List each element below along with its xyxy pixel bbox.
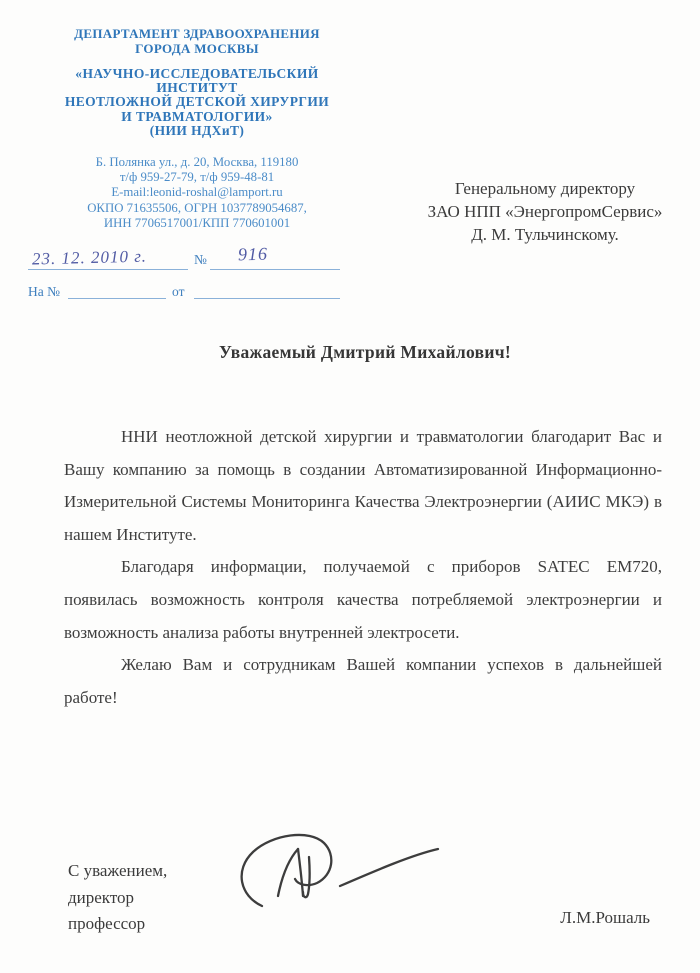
phone-line: т/ф 959-27-79, т/ф 959-48-81 — [28, 170, 366, 185]
handwritten-signature — [232, 828, 462, 918]
institute-line: И ТРАВМАТОЛОГИИ» — [28, 110, 366, 124]
department-line: ГОРОДА МОСКВЫ — [28, 42, 366, 57]
signature-letter-stroke — [278, 849, 298, 896]
letter-body: ННИ неотложной детской хирургии и травма… — [64, 421, 662, 714]
body-paragraph: Благодаря информации, получаемой с прибо… — [64, 551, 662, 649]
reply-to-label: На № — [28, 284, 60, 300]
body-paragraph: ННИ неотложной детской хирургии и травма… — [64, 421, 662, 551]
date-underline — [28, 269, 188, 270]
body-paragraph: Желаю Вам и сотрудникам Вашей компании у… — [64, 649, 662, 714]
address-line: Б. Полянка ул., д. 20, Москва, 119180 — [28, 155, 366, 170]
department-line: ДЕПАРТАМЕНТ ЗДРАВООХРАНЕНИЯ — [28, 27, 366, 42]
institute-line: (НИИ НДХиТ) — [28, 124, 366, 138]
reply-number-underline — [68, 298, 166, 299]
closing-regards: С уважением, — [68, 858, 167, 885]
recipient-person: Д. М. Тульчинскому. — [398, 223, 692, 246]
email-line: E-mail:leonid-roshal@lamport.ru — [28, 185, 366, 200]
closing-title-professor: профессор — [68, 911, 167, 938]
letterhead-institute-name: «НАУЧНО-ИССЛЕДОВАТЕЛЬСКИЙ ИНСТИТУТ НЕОТЛ… — [28, 67, 366, 138]
from-date-underline — [194, 298, 340, 299]
letterhead-department: ДЕПАРТАМЕНТ ЗДРАВООХРАНЕНИЯ ГОРОДА МОСКВ… — [28, 27, 366, 56]
recipient-company: ЗАО НПП «ЭнергопромСервис» — [398, 200, 692, 223]
scanned-letter-page: ДЕПАРТАМЕНТ ЗДРАВООХРАНЕНИЯ ГОРОДА МОСКВ… — [0, 0, 700, 973]
salutation: Уважаемый Дмитрий Михайлович! — [35, 342, 695, 363]
institute-line: «НАУЧНО-ИССЛЕДОВАТЕЛЬСКИЙ — [28, 67, 366, 81]
closing-title-director: директор — [68, 885, 167, 912]
reference-block: 23. 12. 2010 г. № 916 На № от — [28, 246, 358, 306]
from-label: от — [172, 284, 184, 300]
recipient-block: Генеральному директору ЗАО НПП «Энергопр… — [398, 177, 692, 246]
institute-line: ИНСТИТУТ — [28, 81, 366, 95]
okpo-ogrn-line: ОКПО 71635506, ОГРН 1037789054687, — [28, 201, 366, 216]
handwritten-number: 916 — [238, 244, 269, 266]
recipient-title: Генеральному директору — [398, 177, 692, 200]
signer-name: Л.М.Рошаль — [500, 908, 650, 928]
handwritten-date: 23. 12. 2010 г. — [32, 246, 147, 269]
letterhead-contact-details: Б. Полянка ул., д. 20, Москва, 119180 т/… — [28, 155, 366, 231]
letterhead: ДЕПАРТАМЕНТ ЗДРАВООХРАНЕНИЯ ГОРОДА МОСКВ… — [28, 27, 366, 231]
signature-letter-stroke — [303, 857, 310, 897]
signature-letter-stroke — [298, 849, 303, 896]
number-label: № — [194, 252, 207, 268]
inn-kpp-line: ИНН 7706517001/КПП 770601001 — [28, 216, 366, 231]
closing-block: С уважением, директор профессор — [68, 858, 167, 938]
number-underline — [210, 269, 340, 270]
signature-flourish — [340, 849, 438, 886]
institute-line: НЕОТЛОЖНОЙ ДЕТСКОЙ ХИРУРГИИ — [28, 95, 366, 109]
